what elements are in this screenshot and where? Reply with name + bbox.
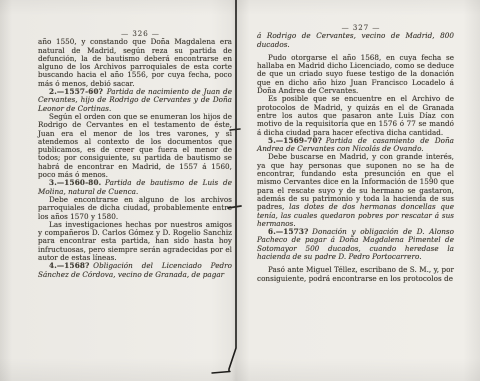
entry-heading-3: 3.—1560-80. Partida de bautismo de Luis … <box>38 179 232 196</box>
continuation-paragraph: á Rodrigo de Cervantes, vecino de Madrid… <box>257 32 454 49</box>
entry-heading-5: 5.—1569-70? Partida de casamiento de Doñ… <box>257 137 454 154</box>
paragraph: Debe encontrarse en alguno de los archiv… <box>38 196 232 221</box>
paragraph: Es posible que se encuentre en el Archiv… <box>257 95 454 136</box>
paragraph: Según el orden con que se enumeran los h… <box>38 113 232 179</box>
entry-heading-6: 6.—1573? Donación y obligación de D. Alo… <box>257 228 454 261</box>
scanned-book-spread: — 326 — año 1550, y constando que Doña M… <box>0 0 480 381</box>
paragraph: año 1550, y constando que Doña Magdalena… <box>38 38 232 88</box>
entry-heading-2: 2.—1557-60? Partida de nacimiento de Jua… <box>38 88 232 113</box>
paragraph: Pudo otorgarse el año 1568, en cuya fech… <box>257 54 454 95</box>
entry-heading-4: 4.—1568? Obligación del Licenciado Pedro… <box>38 262 232 279</box>
paragraph: Las investigaciones hechas por nuestros … <box>38 221 232 262</box>
paragraph: Pasó ante Miguel Téllez, escribano de S.… <box>257 266 454 283</box>
book-page-left: — 326 — año 1550, y constando que Doña M… <box>38 30 232 279</box>
book-page-right: — 327 — á Rodrigo de Cervantes, vecino d… <box>257 24 454 283</box>
paragraph: Debe buscarse en Madrid, y con grande in… <box>257 153 454 228</box>
page-corner-foot-line <box>212 372 230 374</box>
